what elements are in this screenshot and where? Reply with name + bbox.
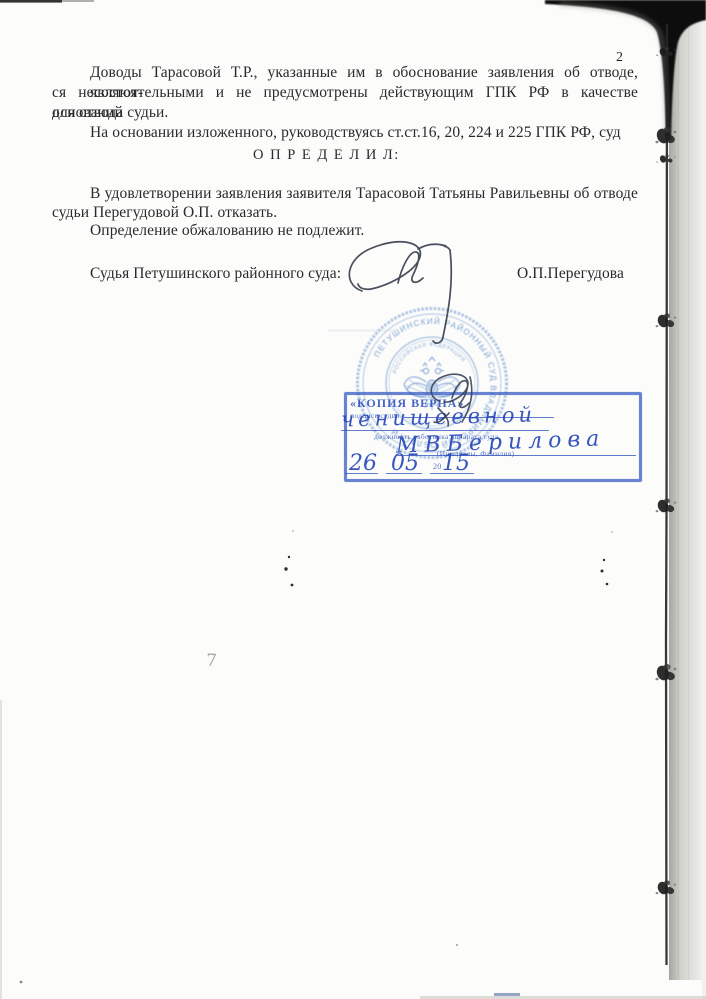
stamp-day-line	[345, 473, 378, 474]
seal-inner-text: РОССИЙСКАЯ ФЕДЕРАЦИЯ	[392, 342, 466, 374]
ruling-heading: О П Р Е Д Е Л И Л:	[253, 147, 400, 164]
top-left-edge-line	[0, 0, 62, 3]
binding-thread-line	[666, 24, 667, 965]
stamp-year-prefix: 20	[433, 462, 442, 471]
svg-text:РОССИЙСКАЯ ФЕДЕРАЦИЯ: РОССИЙСКАЯ ФЕДЕРАЦИЯ	[392, 342, 466, 374]
judge-name: О.П.Перегудова	[517, 264, 677, 284]
judge-signature-ink	[349, 242, 451, 343]
stamp-year-line	[430, 473, 474, 474]
binding-knots	[655, 47, 677, 896]
binding-edge	[545, 0, 706, 999]
pencil-mark: 7	[205, 651, 217, 672]
paragraph-2: На основании изложенного, руководствуясь…	[52, 123, 638, 143]
paragraph-3-line-2: судьи Перегудовой О.П. отказать.	[52, 203, 638, 223]
paragraph-3-line-1: В удовлетворении заявления заявителя Тар…	[52, 184, 638, 204]
bottom-blue-mark	[494, 993, 520, 996]
paragraph-4: Определение обжалованию не подлежит.	[52, 221, 638, 241]
ink-specks	[20, 530, 613, 983]
scanned-court-document-page: 2 Доводы Тарасовой Т.Р., указанные им в …	[0, 0, 706, 999]
handwritten-position: ченищеевной	[341, 402, 537, 431]
judge-title: Судья Петушинского районного суда:	[90, 264, 410, 284]
paragraph-1-line-3: для отвода судьи.	[52, 103, 638, 123]
stamp-month-line	[386, 473, 422, 474]
stamp-name-line	[396, 455, 636, 456]
